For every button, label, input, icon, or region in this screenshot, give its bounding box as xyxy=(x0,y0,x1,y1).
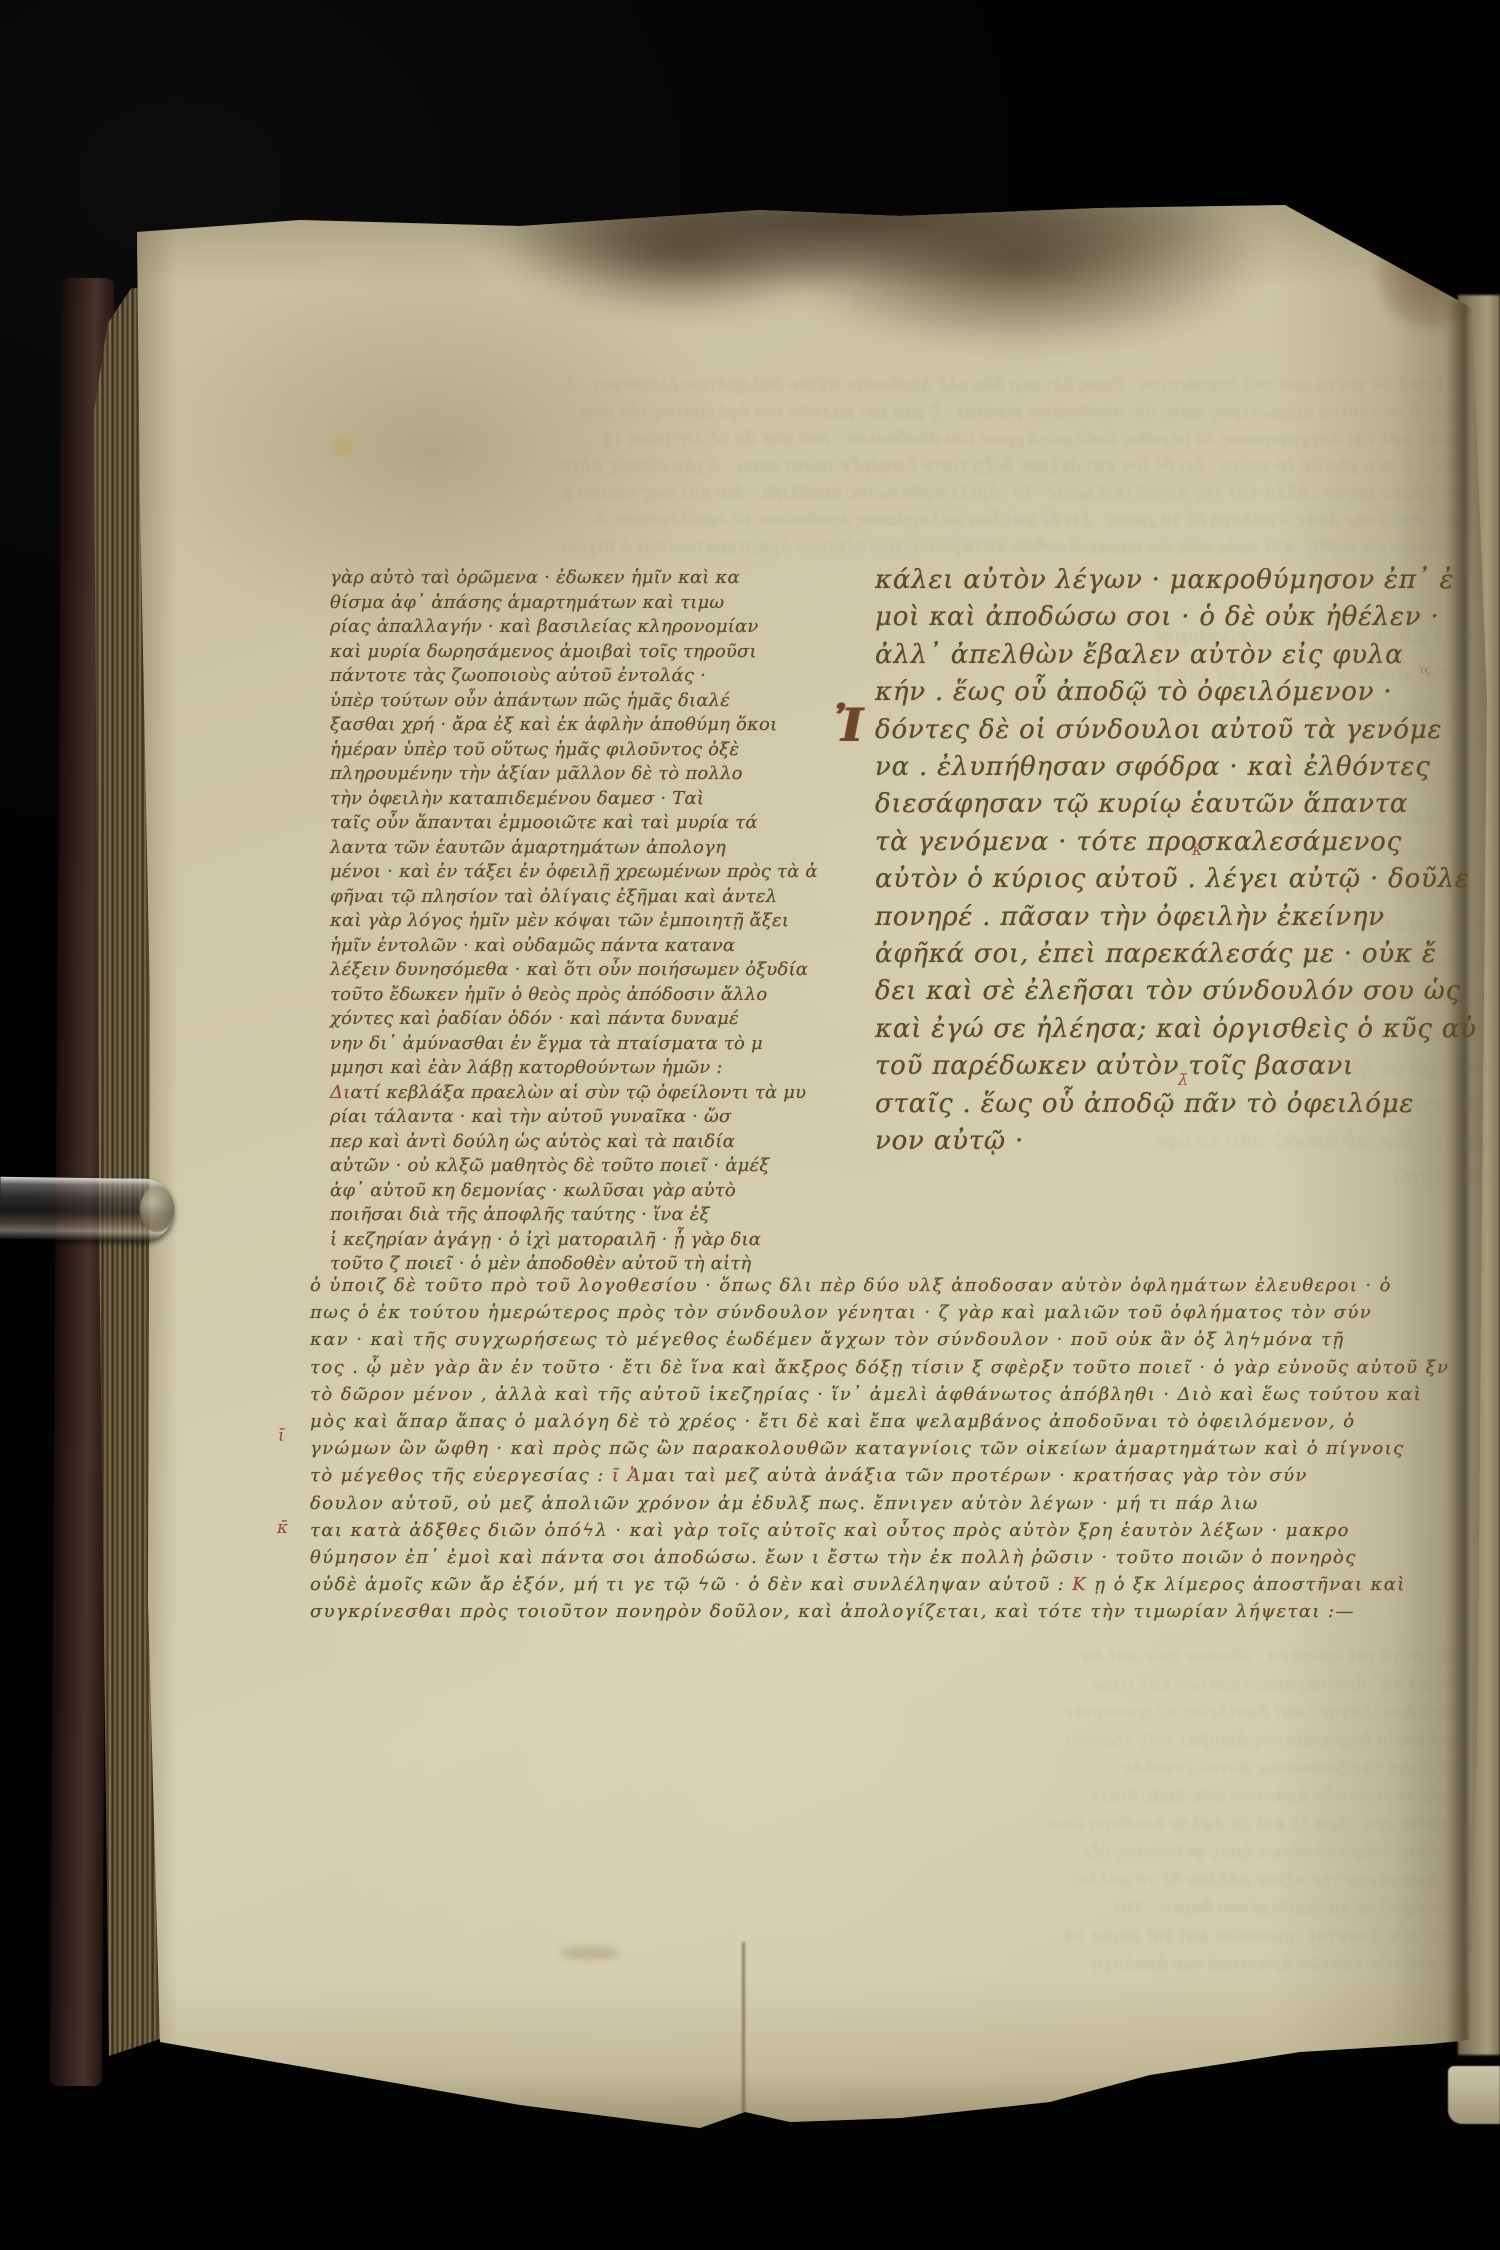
text-line: αὐτὸν ὁ κύριος αὐτοῦ . λέγει αὐτῷ · δοῦλ… xyxy=(875,861,1395,898)
ink-text: μένοι · καὶ ἐν τάξει ἐν ὀφειλῇ χρεωμένων… xyxy=(330,861,818,882)
text-line: γνώμων ὢν ὤφθη · καὶ πρὸς πῶς ὢν παρακολ… xyxy=(310,1435,1410,1462)
text-line: Διατί κεβλάξα πραελὼν αἱ σὺν τῷ ὀφείλοντ… xyxy=(330,1081,776,1106)
ink-text: θίσμα ἀφ᾽ ἁπάσης ἁμαρτημάτων καὶ τιμω xyxy=(330,592,724,613)
ink-text: ἱ κεζηρίαν ἀγάγῃ · ὁ ἰχὶ ματοραιλῆ · ᾗ γ… xyxy=(330,1229,761,1250)
margin-number-iota: ῑ xyxy=(278,1426,285,1446)
ink-text: τὰ γενόμενα · τότε προσκαλεσάμενος xyxy=(875,827,1402,857)
ink-text: δει καὶ σὲ ἐλεῆσαι τὸν σύνδουλόν σου ὡς xyxy=(875,976,1461,1006)
ink-text: λέξειν δυνησόμεθα · καὶ ὅτι οὖν ποιήσωμε… xyxy=(330,959,808,980)
ink-text: νην δι᾽ ἀμύνασθαι ἐν ἔγμα τὰ πταίσματα τ… xyxy=(330,1033,763,1054)
text-line: γὰρ αὐτὸ ταὶ ὁρῶμενα · ἐδωκεν ἡμῖν καὶ κ… xyxy=(330,566,776,591)
show-through-line: τὸ δῶρον μένον , ἀλλὰ καὶ τῆς αὐτοῦ ἱκεζ… xyxy=(560,480,1460,507)
ink-text: πως ὁ ἐκ τούτου ἡμερώτερος πρὸς τὸν σύνδ… xyxy=(310,1302,1372,1323)
show-through-line: πληρουμένην τὴν ἀξίαν μᾶλλον δὲ τὸ πολλο xyxy=(350,1866,1460,1894)
ink-text: καὶ ἐγώ σε ἠλέησα; καὶ ὀργισθεὶς ὁ κῦς α… xyxy=(875,1014,1477,1044)
text-line: λαντα τῶν ἑαυτῶν ἁμαρτημάτων ἀπολογη xyxy=(330,836,776,861)
text-line: αὐτῶν · οὐ κλξῶ μαθητὸς δὲ τοῦτο ποιεῖ ·… xyxy=(330,1154,776,1179)
text-line: νην δι᾽ ἀμύνασθαι ἐν ἔγμα τὰ πταίσματα τ… xyxy=(330,1032,776,1057)
text-line: δουλον αὐτοῦ, οὐ μεζ ἀπολιῶν χρόνον ἀμ ἐ… xyxy=(310,1490,1410,1517)
text-line: διεσάφησαν τῷ κυρίῳ ἑαυτῶν ἅπαντα xyxy=(875,786,1395,823)
ink-text: αὐτὸν ὁ κύριος αὐτοῦ . λέγει αὐτῷ · δοῦλ… xyxy=(875,864,1470,894)
underlying-page-corner xyxy=(1448,2066,1500,2124)
show-through-line: γνώμων ὢν ὤφθη · καὶ πρὸς πῶς ὢν παρακολ… xyxy=(560,534,1460,561)
show-through-line: θίσμα ἀφ᾽ ἁπάσης ἁμαρτημάτων καὶ τιμω xyxy=(350,1670,1460,1698)
text-line: πονηρέ . πᾶσαν τὴν ὀφειλὴν ἐκείνην xyxy=(875,899,1395,936)
parchment-spot xyxy=(330,436,356,456)
ink-text: ατί κεβλάξα πραελὼν αἱ σὺν τῷ ὀφείλοντι … xyxy=(350,1082,806,1103)
ink-text: ταῖς οὖν ἅπανται ἐμμοοιῶτε καὶ ταὶ μυρία… xyxy=(330,812,758,833)
ink-text: λαντα τῶν ἑαυτῶν ἁμαρτημάτων ἀπολογη xyxy=(330,837,726,858)
ink-text: δουλον αὐτοῦ, οὐ μεζ ἀπολιῶν χρόνον ἀμ ἐ… xyxy=(310,1493,1259,1514)
text-line: ρίας ἀπαλλαγήν · καὶ βασιλείας κληρονομί… xyxy=(330,615,776,640)
ink-text: ἡμῖν ἐντολῶν · καὶ οὐδαμῶς πάντα κατανα xyxy=(330,935,735,956)
text-line: τος . ᾧ μὲν γὰρ ἂν ἐν τοῦτο · ἔτι δὲ ἵνα… xyxy=(310,1354,1410,1381)
ink-text: μαι ταὶ μεζ αὐτὰ ἀνάξια τῶν προτέρων · κ… xyxy=(642,1465,1308,1486)
show-through-line: νον αὐτῷ · xyxy=(1155,1158,1490,1194)
text-line: οὐδὲ ἀμοῖς κῶν ἄρ ἑξόν, μή τι γε τῷ ϟῶ ·… xyxy=(310,1571,1410,1598)
text-line: ποιῆσαι διὰ τῆς ἀποφλῆς ταύτης · ἵνα ἐξ xyxy=(330,1203,776,1228)
show-through-line: πως ὁ ἐκ τούτου ἡμερώτερος πρὸς τὸν σύνδ… xyxy=(560,399,1460,426)
text-line: ἱ κεζηρίαν ἀγάγῃ · ὁ ἰχὶ ματοραιλῆ · ᾗ γ… xyxy=(330,1228,776,1253)
show-through-line: λαντα τῶν ἑαυτῶν ἁμαρτημάτων ἀπολογη xyxy=(350,1950,1460,1978)
text-line: τὰ γενόμενα · τότε προσκαλεσάμενος xyxy=(875,824,1395,861)
text-line: πάντοτε τὰς ζωοποιοὺς αὐτοῦ ἐντολάς · xyxy=(330,664,776,689)
ink-text: ρίας ἀπαλλαγήν · καὶ βασιλείας κληρονομί… xyxy=(330,616,759,637)
ink-text: καν · καὶ τῆς συγχωρήσεως τὸ μέγεθος ἑωδ… xyxy=(310,1329,1345,1350)
ink-text: καὶ μυρία δωρησάμενος ἀμοιβαὶ τοῖς τηροῦ… xyxy=(330,641,757,662)
ink-text: τοῦ παρέδωκεν αὐτὸν τοῖς βασανι xyxy=(875,1051,1354,1081)
ink-text: κήν . ἕως οὗ ἀποδῷ τὸ ὀφειλόμενον · xyxy=(875,677,1392,707)
text-line: καν · καὶ τῆς συγχωρήσεως τὸ μέγεθος ἑωδ… xyxy=(310,1326,1410,1353)
rubricated-text: Κ xyxy=(1072,1574,1094,1595)
show-through-line: ξασθαι χρή · ἄρα ἐξ καὶ ἐκ ἀφλὴν ἀποθύμη… xyxy=(350,1810,1460,1838)
section-number-lambda: λ̄ xyxy=(1178,1070,1188,1089)
ink-text: ξασθαι χρή · ἄρα ἐξ καὶ ἐκ ἀφλὴν ἀποθύμη… xyxy=(330,714,777,735)
ink-text: ῃ ὁ ξκ λίμερος ἀποστῆναι καὶ xyxy=(1094,1574,1406,1595)
ink-text: συγκρίνεσθαι πρὸς τοιοῦτον πονηρὸν δοῦλο… xyxy=(310,1601,1355,1622)
text-line: καὶ μυρία δωρησάμενος ἀμοιβαὶ τοῖς τηροῦ… xyxy=(330,640,776,665)
ink-text: ἡμέραν ὑπὲρ τοῦ οὕτως ἡμᾶς φιλοῦντος ὀξὲ xyxy=(330,739,739,760)
text-line: χόντες καὶ ῥαδίαν ὁδόν · καὶ πάντα δυναμ… xyxy=(330,1007,776,1032)
show-through-line: πάντοτε τὰς ζωοποιοὺς αὐτοῦ ἐντολάς · xyxy=(350,1754,1460,1782)
ink-text: πονηρέ . πᾶσαν τὴν ὀφειλὴν ἐκείνην xyxy=(875,902,1385,932)
text-line: καὶ ἐγώ σε ἠλέησα; καὶ ὀργισθεὶς ὁ κῦς α… xyxy=(875,1011,1395,1048)
text-line: ἀφῆκά σοι, ἐπεὶ παρεκάλεσάς με · οὐκ ἔ xyxy=(875,936,1395,973)
ink-text: να . ἐλυπήθησαν σφόδρα · καὶ ἐλθόντες xyxy=(875,752,1431,782)
text-line: ἀλλ᾽ ἀπελθὼν ἔβαλεν αὐτὸν εἰς φυλα xyxy=(875,637,1395,674)
commentary-column: γὰρ αὐτὸ ταὶ ὁρῶμενα · ἐδωκεν ἡμῖν καὶ κ… xyxy=(330,566,776,1277)
text-line: νον αὐτῷ · xyxy=(875,1123,1395,1160)
text-line: κήν . ἕως οὗ ἀποδῷ τὸ ὀφειλόμενον · xyxy=(875,674,1395,711)
text-line: τοῦ παρέδωκεν αὐτὸν τοῖς βασανι xyxy=(875,1048,1395,1085)
ink-text: τοῦτο ζ ποιεῖ · ὁ μὲν ἀποδοθὲν αὐτοῦ τὴ … xyxy=(330,1253,751,1274)
text-line: τοῦτο ἔδωκεν ἡμῖν ὁ θεὸς πρὸς ἀπόδοσιν ἄ… xyxy=(330,983,776,1008)
gospel-text-column: κάλει αὐτὸν λέγων · μακροθύμησον ἐπ᾽ ἐμο… xyxy=(875,562,1395,1161)
ink-text: αὐτῶν · οὐ κλξῶ μαθητὸς δὲ τοῦτο ποιεῖ ·… xyxy=(330,1155,769,1176)
ink-text: μμησι καὶ ἐὰν λάβῃ κατορθούντων ἡμῶν : xyxy=(330,1057,723,1078)
text-line: τὸ μέγεθος τῆς εὐεργεσίας : ῑ Ἀμαι ταὶ μ… xyxy=(310,1462,1410,1489)
ink-text: καὶ γὰρ λόγος ἡμῖν μὲν κόψαι τῶν ἐμποιητ… xyxy=(330,910,789,931)
text-line: ἀφ᾽ αὐτοῦ κη δεμονίας · κωλῦσαι γὰρ αὐτὸ xyxy=(330,1179,776,1204)
ink-text: σταῖς . ἕως οὗ ἀποδῷ πᾶν τὸ ὀφειλόμε xyxy=(875,1089,1414,1119)
text-line: δόντες δὲ οἱ σύνδουλοι αὐτοῦ τὰ γενόμε xyxy=(875,712,1395,749)
text-line: θίσμα ἀφ᾽ ἁπάσης ἁμαρτημάτων καὶ τιμω xyxy=(330,591,776,616)
ink-text: ἀφ᾽ αὐτοῦ κη δεμονίας · κωλῦσαι γὰρ αὐτὸ xyxy=(330,1180,736,1201)
show-through-line: μὸς καὶ ἅπαρ ἅπας ὁ μαλόγη δὲ τὸ χρέος ·… xyxy=(560,507,1460,534)
ink-text: κάλει αὐτὸν λέγων · μακροθύμησον ἐπ᾽ ἐ xyxy=(875,565,1454,595)
section-number-kappa: κ̄ xyxy=(1192,840,1203,859)
ink-text: τὸ μέγεθος τῆς εὐεργεσίας : xyxy=(310,1465,612,1486)
text-line: ἡμέραν ὑπὲρ τοῦ οὕτως ἡμᾶς φιλοῦντος ὀξὲ xyxy=(330,738,776,763)
commentary-footer-block: ὁ ὑποιζ δὲ τοῦτο πρὸ τοῦ λογοθεσίου · ὅπ… xyxy=(310,1272,1410,1626)
rubricated-text: ῑ Ἀ xyxy=(612,1465,642,1486)
ink-text: πληρουμένην τὴν ἀξίαν μᾶλλον δὲ τὸ πολλο xyxy=(330,763,743,784)
text-line: μμησι καὶ ἐὰν λάβῃ κατορθούντων ἡμῶν : xyxy=(330,1056,776,1081)
ink-text: τοῦτο ἔδωκεν ἡμῖν ὁ θεὸς πρὸς ἀπόδοσιν ἄ… xyxy=(330,984,767,1005)
ink-text: γνώμων ὢν ὤφθη · καὶ πρὸς πῶς ὢν παρακολ… xyxy=(310,1438,1405,1459)
ink-text: μὸς καὶ ἅπαρ ἅπας ὁ μαλόγη δὲ τὸ χρέος ·… xyxy=(310,1411,1355,1432)
text-line: μὸς καὶ ἅπαρ ἅπας ὁ μαλόγη δὲ τὸ χρέος ·… xyxy=(310,1408,1410,1435)
text-line: κάλει αὐτὸν λέγων · μακροθύμησον ἐπ᾽ ἐ xyxy=(875,562,1395,599)
text-line: ἡμῖν ἐντολῶν · καὶ οὐδαμῶς πάντα κατανα xyxy=(330,934,776,959)
text-line: ται κατὰ ἀδξθες διῶν ὀπόϟλ · καὶ γὰρ τοῖ… xyxy=(310,1517,1410,1544)
show-through-line: ἡμέραν ὑπὲρ τοῦ οὕτως ἡμᾶς φιλοῦντος ὀξὲ xyxy=(350,1838,1460,1866)
ink-text: φῆναι τῷ πλησίον ταὶ ὀλίγαις ἐξῆμαι καὶ … xyxy=(330,886,777,907)
text-line: μένοι · καὶ ἐν τάξει ἐν ὀφειλῇ χρεωμένων… xyxy=(330,860,776,885)
show-through-line: τος . ᾧ μὲν γὰρ ἂν ἐν τοῦτο · ἔτι δὲ ἵνα… xyxy=(560,453,1460,480)
ink-text: περ καὶ ἀντὶ δούλη ὡς αὐτὸς καὶ τὰ παιδί… xyxy=(330,1131,735,1152)
ink-text: οὐδὲ ἀμοῖς κῶν ἄρ ἑξόν, μή τι γε τῷ ϟῶ ·… xyxy=(310,1574,1072,1595)
smoke-stain-top xyxy=(300,196,1300,381)
ink-text: ται κατὰ ἀδξθες διῶν ὀπόϟλ · καὶ γὰρ τοῖ… xyxy=(310,1520,1350,1541)
text-line: να . ἐλυπήθησαν σφόδρα · καὶ ἐλθόντες xyxy=(875,749,1395,786)
text-line: τὸ δῶρον μένον , ἀλλὰ καὶ τῆς αὐτοῦ ἱκεζ… xyxy=(310,1381,1410,1408)
show-through-line: ρίας ἀπαλλαγήν · καὶ βασιλείας κληρονομί… xyxy=(350,1698,1460,1726)
ink-text: ὁ ὑποιζ δὲ τοῦτο πρὸ τοῦ λογοθεσίου · ὅπ… xyxy=(310,1275,1392,1296)
photograph-stage: ὁ ὑποιζ δὲ τοῦτο πρὸ τοῦ λογοθεσίου · ὅπ… xyxy=(0,0,1500,2250)
text-line: ὁ ὑποιζ δὲ τοῦτο πρὸ τοῦ λογοθεσίου · ὅπ… xyxy=(310,1272,1410,1299)
ink-text: ἀφῆκά σοι, ἐπεὶ παρεκάλεσάς με · οὐκ ἔ xyxy=(875,939,1437,969)
ink-text: ρίαι τάλαντα · καὶ τὴν αὐτοῦ γυναῖκα · ὥ… xyxy=(330,1106,731,1127)
text-line: μοὶ καὶ ἀποδώσω σοι · ὁ δὲ οὐκ ἠθέλεν · xyxy=(875,599,1395,636)
margin-number-kappa: κ̄ xyxy=(277,1518,288,1538)
show-through-line: ὁ ὑποιζ δὲ τοῦτο πρὸ τοῦ λογοθεσίου · ὅπ… xyxy=(560,372,1460,399)
ink-text: τὴν ὀφειλὴν καταπιδεμένου δαμεσ · Ταὶ xyxy=(330,788,704,809)
ink-text: μοὶ καὶ ἀποδώσω σοι · ὁ δὲ οὐκ ἠθέλεν · xyxy=(875,602,1440,632)
ink-text: τος . ᾧ μὲν γὰρ ἂν ἐν τοῦτο · ἔτι δὲ ἵνα… xyxy=(310,1357,1449,1378)
rubricated-text: Δι xyxy=(330,1082,350,1103)
show-through-line: καν · καὶ τῆς συγχωρήσεως τὸ μέγεθος ἑωδ… xyxy=(560,426,1460,453)
show-through-line: γὰρ αὐτὸ ταὶ ὁρῶμενα · ἐδωκεν ἡμῖν καὶ κ… xyxy=(350,1642,1460,1670)
show-through-line: καὶ μυρία δωρησάμενος ἀμοιβαὶ τοῖς τηροῦ… xyxy=(350,1726,1460,1754)
ink-text: θύμησον ἐπ᾽ ἐμοὶ καὶ πάντα σοι ἀποδώσω. … xyxy=(310,1547,1357,1568)
ink-text: ὑπὲρ τούτων οὖν ἁπάντων πῶς ἡμᾶς διαλέ xyxy=(330,690,730,711)
show-through-line: ὑπὲρ τούτων οὖν ἁπάντων πῶς ἡμᾶς διαλέ xyxy=(350,1782,1460,1810)
text-line: πως ὁ ἐκ τούτου ἡμερώτερος πρὸς τὸν σύνδ… xyxy=(310,1299,1410,1326)
text-line: φῆναι τῷ πλησίον ταὶ ὀλίγαις ἐξῆμαι καὶ … xyxy=(330,885,776,910)
ink-text: τὸ δῶρον μένον , ἀλλὰ καὶ τῆς αὐτοῦ ἱκεζ… xyxy=(310,1384,1422,1405)
ink-text: νον αὐτῷ · xyxy=(875,1126,1024,1156)
text-line: ταῖς οὖν ἅπανται ἐμμοοιῶτε καὶ ταὶ μυρία… xyxy=(330,811,776,836)
text-line: λέξειν δυνησόμεθα · καὶ ὅτι οὖν ποιήσωμε… xyxy=(330,958,776,983)
ink-text: πάντοτε τὰς ζωοποιοὺς αὐτοῦ ἐντολάς · xyxy=(330,665,706,686)
ink-text: ἀλλ᾽ ἀπελθὼν ἔβαλεν αὐτὸν εἰς φυλα xyxy=(875,640,1404,670)
ink-text: χόντες καὶ ῥαδίαν ὁδόν · καὶ πάντα δυναμ… xyxy=(330,1008,739,1029)
text-line: δει καὶ σὲ ἐλεῆσαι τὸν σύνδουλόν σου ὡς xyxy=(875,973,1395,1010)
text-line: συγκρίνεσθαι πρὸς τοιοῦτον πονηρὸν δοῦλο… xyxy=(310,1598,1410,1625)
show-through-line: τὴν ὀφειλὴν καταπιδεμένου δαμεσ · Ταὶ xyxy=(350,1894,1460,1922)
right-margin-note: ιϛ xyxy=(1420,663,1430,676)
text-line: θύμησον ἐπ᾽ ἐμοὶ καὶ πάντα σοι ἀποδώσω. … xyxy=(310,1544,1410,1571)
text-line: ρίαι τάλαντα · καὶ τὴν αὐτοῦ γυναῖκα · ὥ… xyxy=(330,1105,776,1130)
verso-show-through: ὁ ὑποιζ δὲ τοῦτο πρὸ τοῦ λογοθεσίου · ὅπ… xyxy=(560,372,1460,561)
ink-text: δόντες δὲ οἱ σύνδουλοι αὐτοῦ τὰ γενόμε xyxy=(875,715,1442,745)
text-line: ξασθαι χρή · ἄρα ἐξ καὶ ἐκ ἀφλὴν ἀποθύμη… xyxy=(330,713,776,738)
ink-text: ποιῆσαι διὰ τῆς ἀποφλῆς ταύτης · ἵνα ἐξ xyxy=(330,1204,710,1225)
ink-text: διεσάφησαν τῷ κυρίῳ ἑαυτῶν ἅπαντα xyxy=(875,789,1408,819)
text-line: ὑπὲρ τούτων οὖν ἁπάντων πῶς ἡμᾶς διαλέ xyxy=(330,689,776,714)
text-line: σταῖς . ἕως οὗ ἀποδῷ πᾶν τὸ ὀφειλόμε xyxy=(875,1086,1395,1123)
text-line: περ καὶ ἀντὶ δούλη ὡς αὐτὸς καὶ τὰ παιδί… xyxy=(330,1130,776,1155)
ink-text: γὰρ αὐτὸ ταὶ ὁρῶμενα · ἐδωκεν ἡμῖν καὶ κ… xyxy=(330,567,740,588)
show-through-line: ταῖς οὖν ἅπανται ἐμμοοιῶτε καὶ ταὶ μυρία… xyxy=(350,1922,1460,1950)
text-line: τὴν ὀφειλὴν καταπιδεμένου δαμεσ · Ταὶ xyxy=(330,787,776,812)
marginal-initial-iota: Ἰ xyxy=(834,698,863,752)
text-line: πληρουμένην τὴν ἀξίαν μᾶλλον δὲ τὸ πολλο xyxy=(330,762,776,787)
verso-show-through: γὰρ αὐτὸ ταὶ ὁρῶμενα · ἐδωκεν ἡμῖν καὶ κ… xyxy=(350,1642,1460,1978)
text-line: καὶ γὰρ λόγος ἡμῖν μὲν κόψαι τῶν ἐμποιητ… xyxy=(330,909,776,934)
